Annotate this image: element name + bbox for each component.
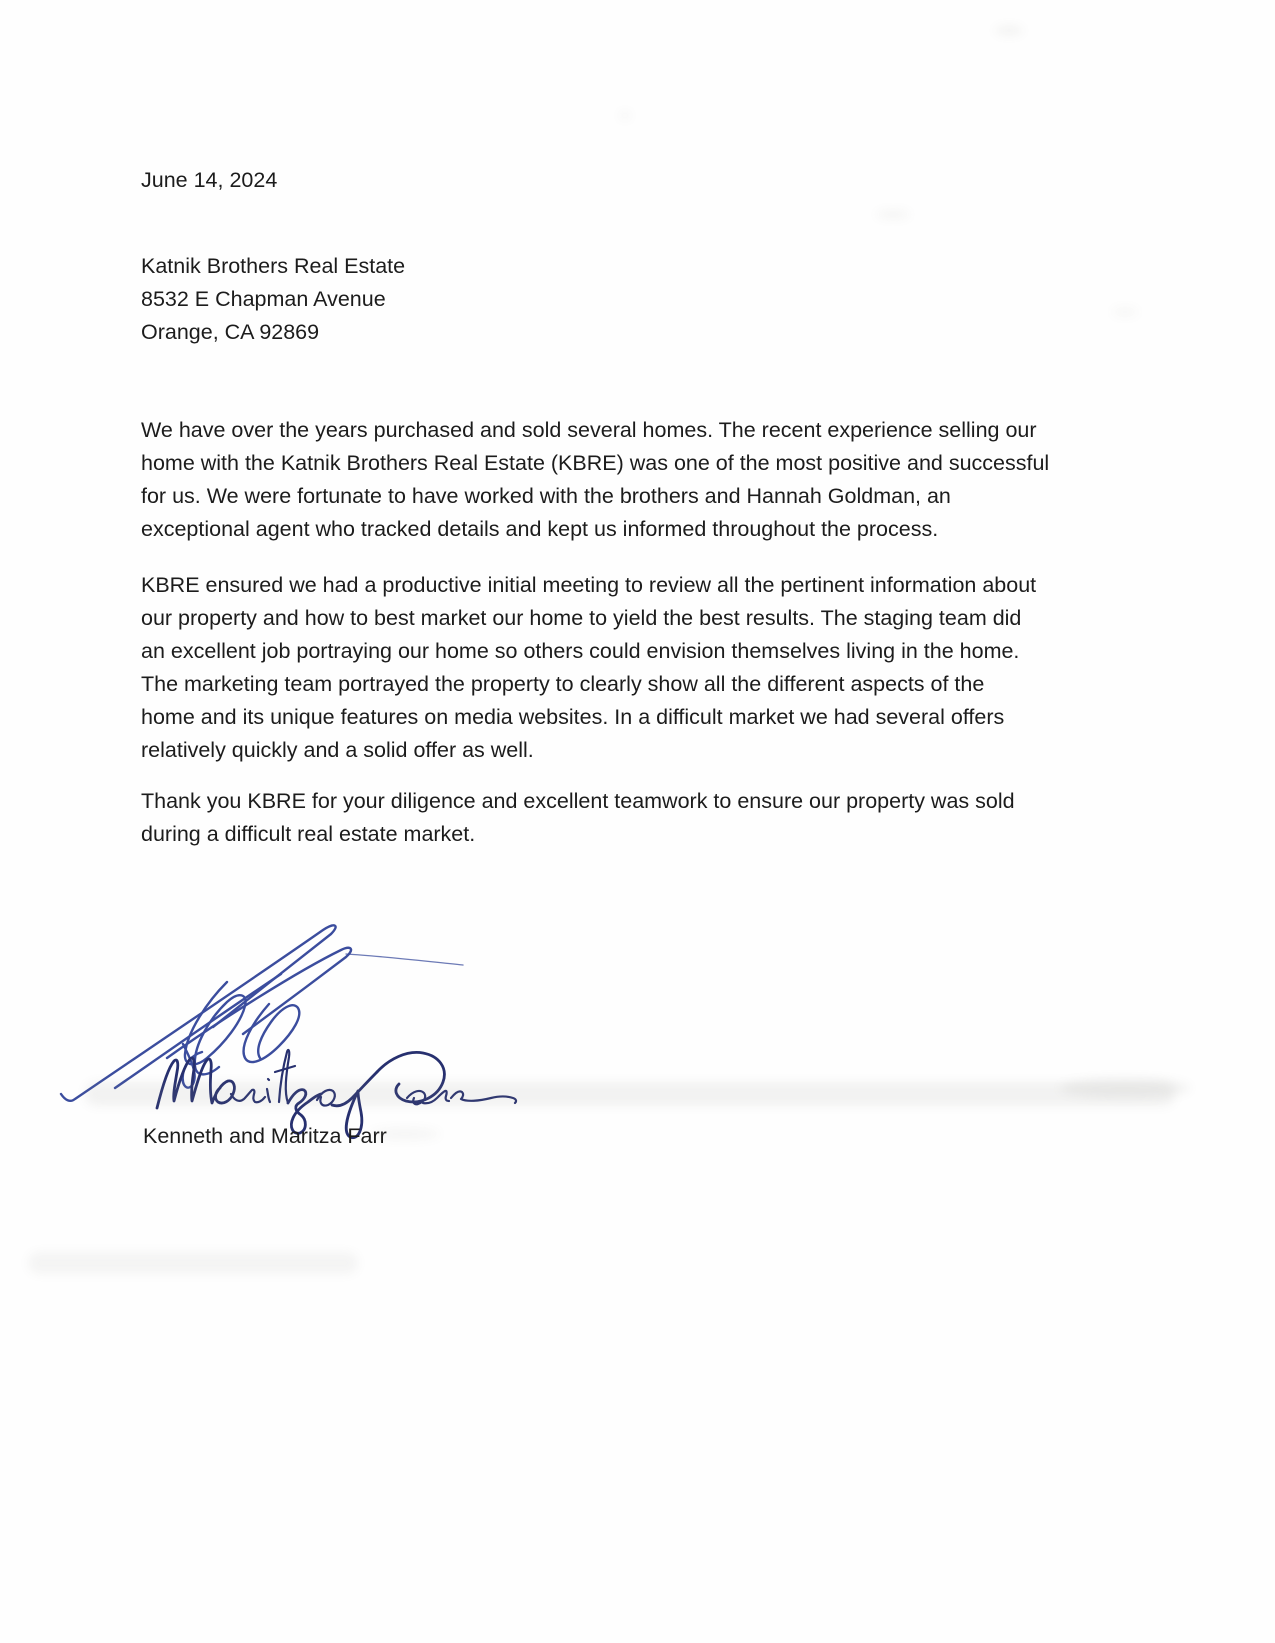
signature-scrawl-kenneth (61, 925, 463, 1100)
paragraph-line: during a difficult real estate market. (141, 818, 1015, 851)
paragraph-line: The marketing team portrayed the propert… (141, 668, 1036, 701)
scan-smudge (995, 26, 1023, 35)
signoff-name: Kenneth and Maritza Farr (143, 1120, 387, 1153)
paragraph-line: relatively quickly and a solid offer as … (141, 734, 1036, 767)
paragraph-line: our property and how to best market our … (141, 602, 1036, 635)
scanned-letter-page: June 14, 2024 Katnik Brothers Real Estat… (0, 0, 1275, 1643)
recipient-name: Katnik Brothers Real Estate (141, 250, 405, 283)
paragraph-line: KBRE ensured we had a productive initial… (141, 569, 1036, 602)
date-text: June 14, 2024 (141, 164, 277, 197)
signature-ink-drawing (55, 862, 535, 1162)
scan-smudge (1060, 1078, 1190, 1098)
paragraph-1: We have over the years purchased and sol… (141, 414, 1049, 546)
paragraph-line: for us. We were fortunate to have worked… (141, 480, 1049, 513)
paragraph-line: home with the Katnik Brothers Real Estat… (141, 447, 1049, 480)
scan-smudge (1112, 308, 1138, 316)
scan-smudge (876, 210, 910, 219)
paragraph-line: an excellent job portraying our home so … (141, 635, 1036, 668)
scan-smudge (620, 112, 630, 119)
paragraph-line: home and its unique features on media we… (141, 701, 1036, 734)
scan-smudge (28, 1252, 358, 1274)
recipient-address-block: Katnik Brothers Real Estate 8532 E Chapm… (141, 250, 405, 349)
recipient-street: 8532 E Chapman Avenue (141, 283, 405, 316)
paragraph-2: KBRE ensured we had a productive initial… (141, 569, 1036, 767)
signed-by-text: Kenneth and Maritza Farr (143, 1120, 387, 1153)
paragraph-3: Thank you KBRE for your diligence and ex… (141, 785, 1015, 851)
handwritten-signature (55, 862, 535, 1162)
paragraph-line: exceptional agent who tracked details an… (141, 513, 1049, 546)
paragraph-line: We have over the years purchased and sol… (141, 414, 1049, 447)
letter-date: June 14, 2024 (141, 164, 277, 197)
paragraph-line: Thank you KBRE for your diligence and ex… (141, 785, 1015, 818)
recipient-city-state-zip: Orange, CA 92869 (141, 316, 405, 349)
